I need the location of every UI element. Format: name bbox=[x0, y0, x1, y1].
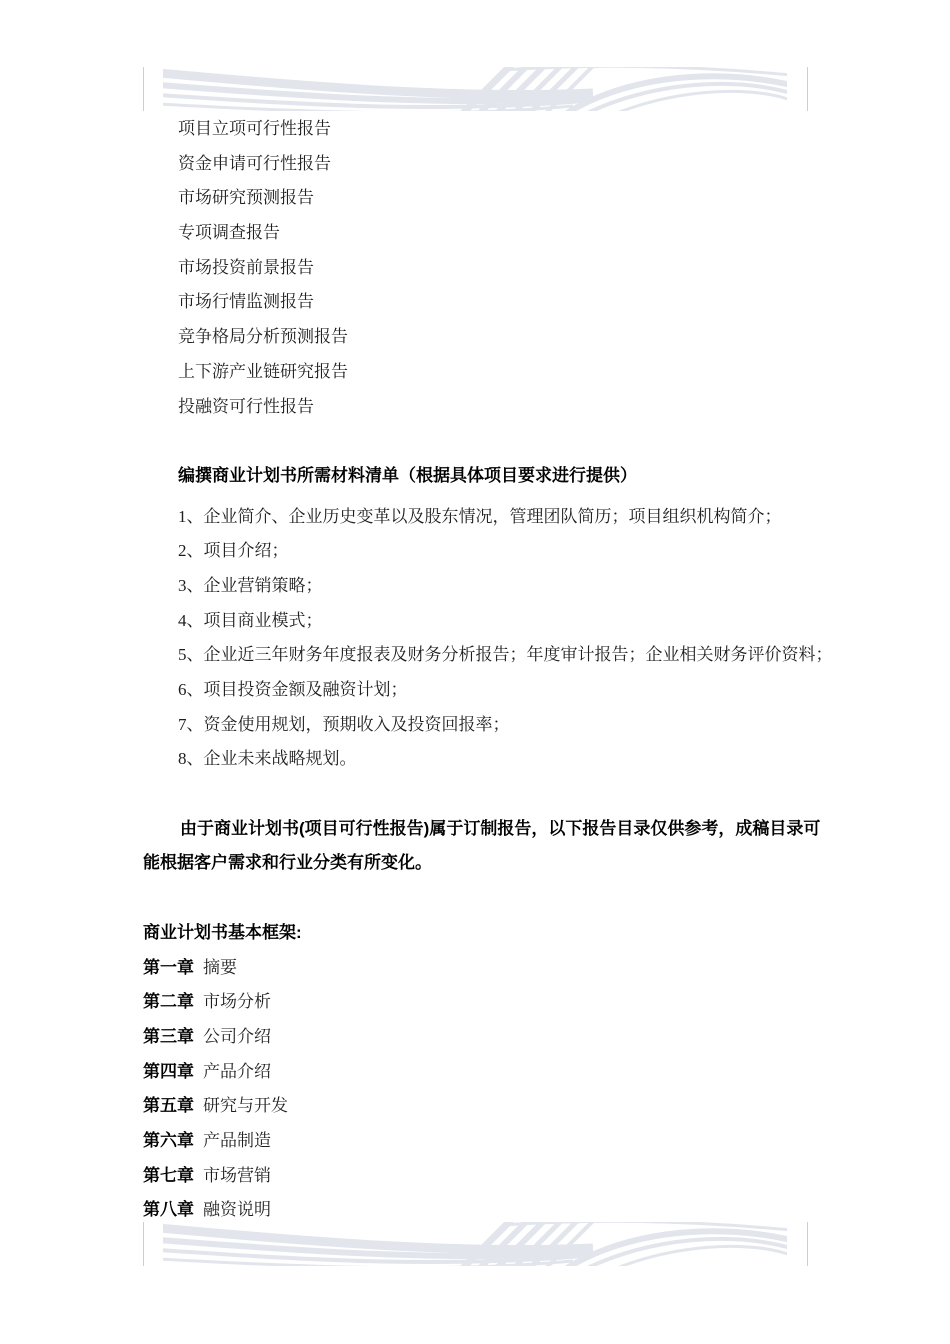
report-type-item: 资金申请可行性报告 bbox=[143, 147, 835, 182]
materials-heading: 编撰商业计划书所需材料清单（根据具体项目要求进行提供） bbox=[143, 459, 835, 494]
spacer bbox=[143, 881, 835, 916]
chapter-number: 第七章 bbox=[143, 1166, 194, 1185]
chapter-title: 融资说明 bbox=[203, 1200, 271, 1219]
materials-list: 1、企业简介、企业历史变革以及股东情况，管理团队简历；项目组织机构简介； 2、项… bbox=[143, 500, 835, 778]
chapter-item: 第六章产品制造 bbox=[143, 1124, 835, 1159]
report-type-item: 上下游产业链研究报告 bbox=[143, 355, 835, 390]
chapter-item: 第四章产品介绍 bbox=[143, 1055, 835, 1090]
material-item: 6、项目投资金额及融资计划； bbox=[143, 673, 835, 708]
notice-paragraph: 由于商业计划书(项目可行性报告)属于订制报告，以下报告目录仅供参考，成稿目录可能… bbox=[143, 812, 833, 881]
chapter-number: 第五章 bbox=[143, 1096, 194, 1115]
chapter-number: 第二章 bbox=[143, 992, 194, 1011]
report-type-item: 市场投资前景报告 bbox=[143, 251, 835, 286]
chapter-title: 市场营销 bbox=[203, 1166, 271, 1185]
footer-wave-band bbox=[143, 1222, 808, 1266]
material-item: 4、项目商业模式； bbox=[143, 604, 835, 639]
spacer bbox=[143, 424, 835, 459]
chapter-title: 公司介绍 bbox=[203, 1027, 271, 1046]
wave-swoosh-icon bbox=[163, 1222, 787, 1266]
chapter-title: 市场分析 bbox=[203, 992, 271, 1011]
chapter-title: 产品介绍 bbox=[203, 1062, 271, 1081]
header-wave-band bbox=[143, 67, 808, 111]
chapter-title: 研究与开发 bbox=[203, 1096, 288, 1115]
chapter-number: 第四章 bbox=[143, 1062, 194, 1081]
header-band-left-border bbox=[143, 67, 144, 111]
report-type-item: 竞争格局分析预测报告 bbox=[143, 320, 835, 355]
material-item: 3、企业营销策略； bbox=[143, 569, 835, 604]
chapter-title: 产品制造 bbox=[203, 1131, 271, 1150]
framework-heading: 商业计划书基本框架: bbox=[143, 916, 835, 951]
chapter-item: 第二章市场分析 bbox=[143, 985, 835, 1020]
spacer bbox=[143, 777, 835, 812]
chapter-item: 第五章研究与开发 bbox=[143, 1089, 835, 1124]
chapter-title: 摘要 bbox=[203, 958, 237, 977]
material-item: 2、项目介绍； bbox=[143, 534, 835, 569]
document-body: 项目立项可行性报告 资金申请可行性报告 市场研究预测报告 专项调查报告 市场投资… bbox=[143, 112, 835, 1228]
document-page: 项目立项可行性报告 资金申请可行性报告 市场研究预测报告 专项调查报告 市场投资… bbox=[0, 0, 950, 1344]
material-item: 7、资金使用规划，预期收入及投资回报率； bbox=[143, 708, 835, 743]
chapter-number: 第六章 bbox=[143, 1131, 194, 1150]
material-item: 5、企业近三年财务年度报表及财务分析报告；年度审计报告；企业相关财务评价资料； bbox=[143, 638, 835, 673]
report-type-item: 专项调查报告 bbox=[143, 216, 835, 251]
header-band-right-border bbox=[807, 67, 808, 111]
chapter-item: 第三章公司介绍 bbox=[143, 1020, 835, 1055]
footer-band-right-border bbox=[807, 1222, 808, 1266]
report-type-item: 市场研究预测报告 bbox=[143, 181, 835, 216]
wave-swoosh-icon bbox=[163, 67, 787, 111]
report-type-item: 项目立项可行性报告 bbox=[143, 112, 835, 147]
chapter-item: 第一章摘要 bbox=[143, 951, 835, 986]
material-item: 1、企业简介、企业历史变革以及股东情况，管理团队简历；项目组织机构简介； bbox=[143, 500, 835, 535]
material-item: 8、企业未来战略规划。 bbox=[143, 742, 835, 777]
report-type-item: 投融资可行性报告 bbox=[143, 390, 835, 425]
chapter-number: 第三章 bbox=[143, 1027, 194, 1046]
chapter-item: 第七章市场营销 bbox=[143, 1159, 835, 1194]
chapter-number: 第一章 bbox=[143, 958, 194, 977]
report-type-item: 市场行情监测报告 bbox=[143, 285, 835, 320]
footer-band-left-border bbox=[143, 1222, 144, 1266]
chapter-number: 第八章 bbox=[143, 1200, 194, 1219]
